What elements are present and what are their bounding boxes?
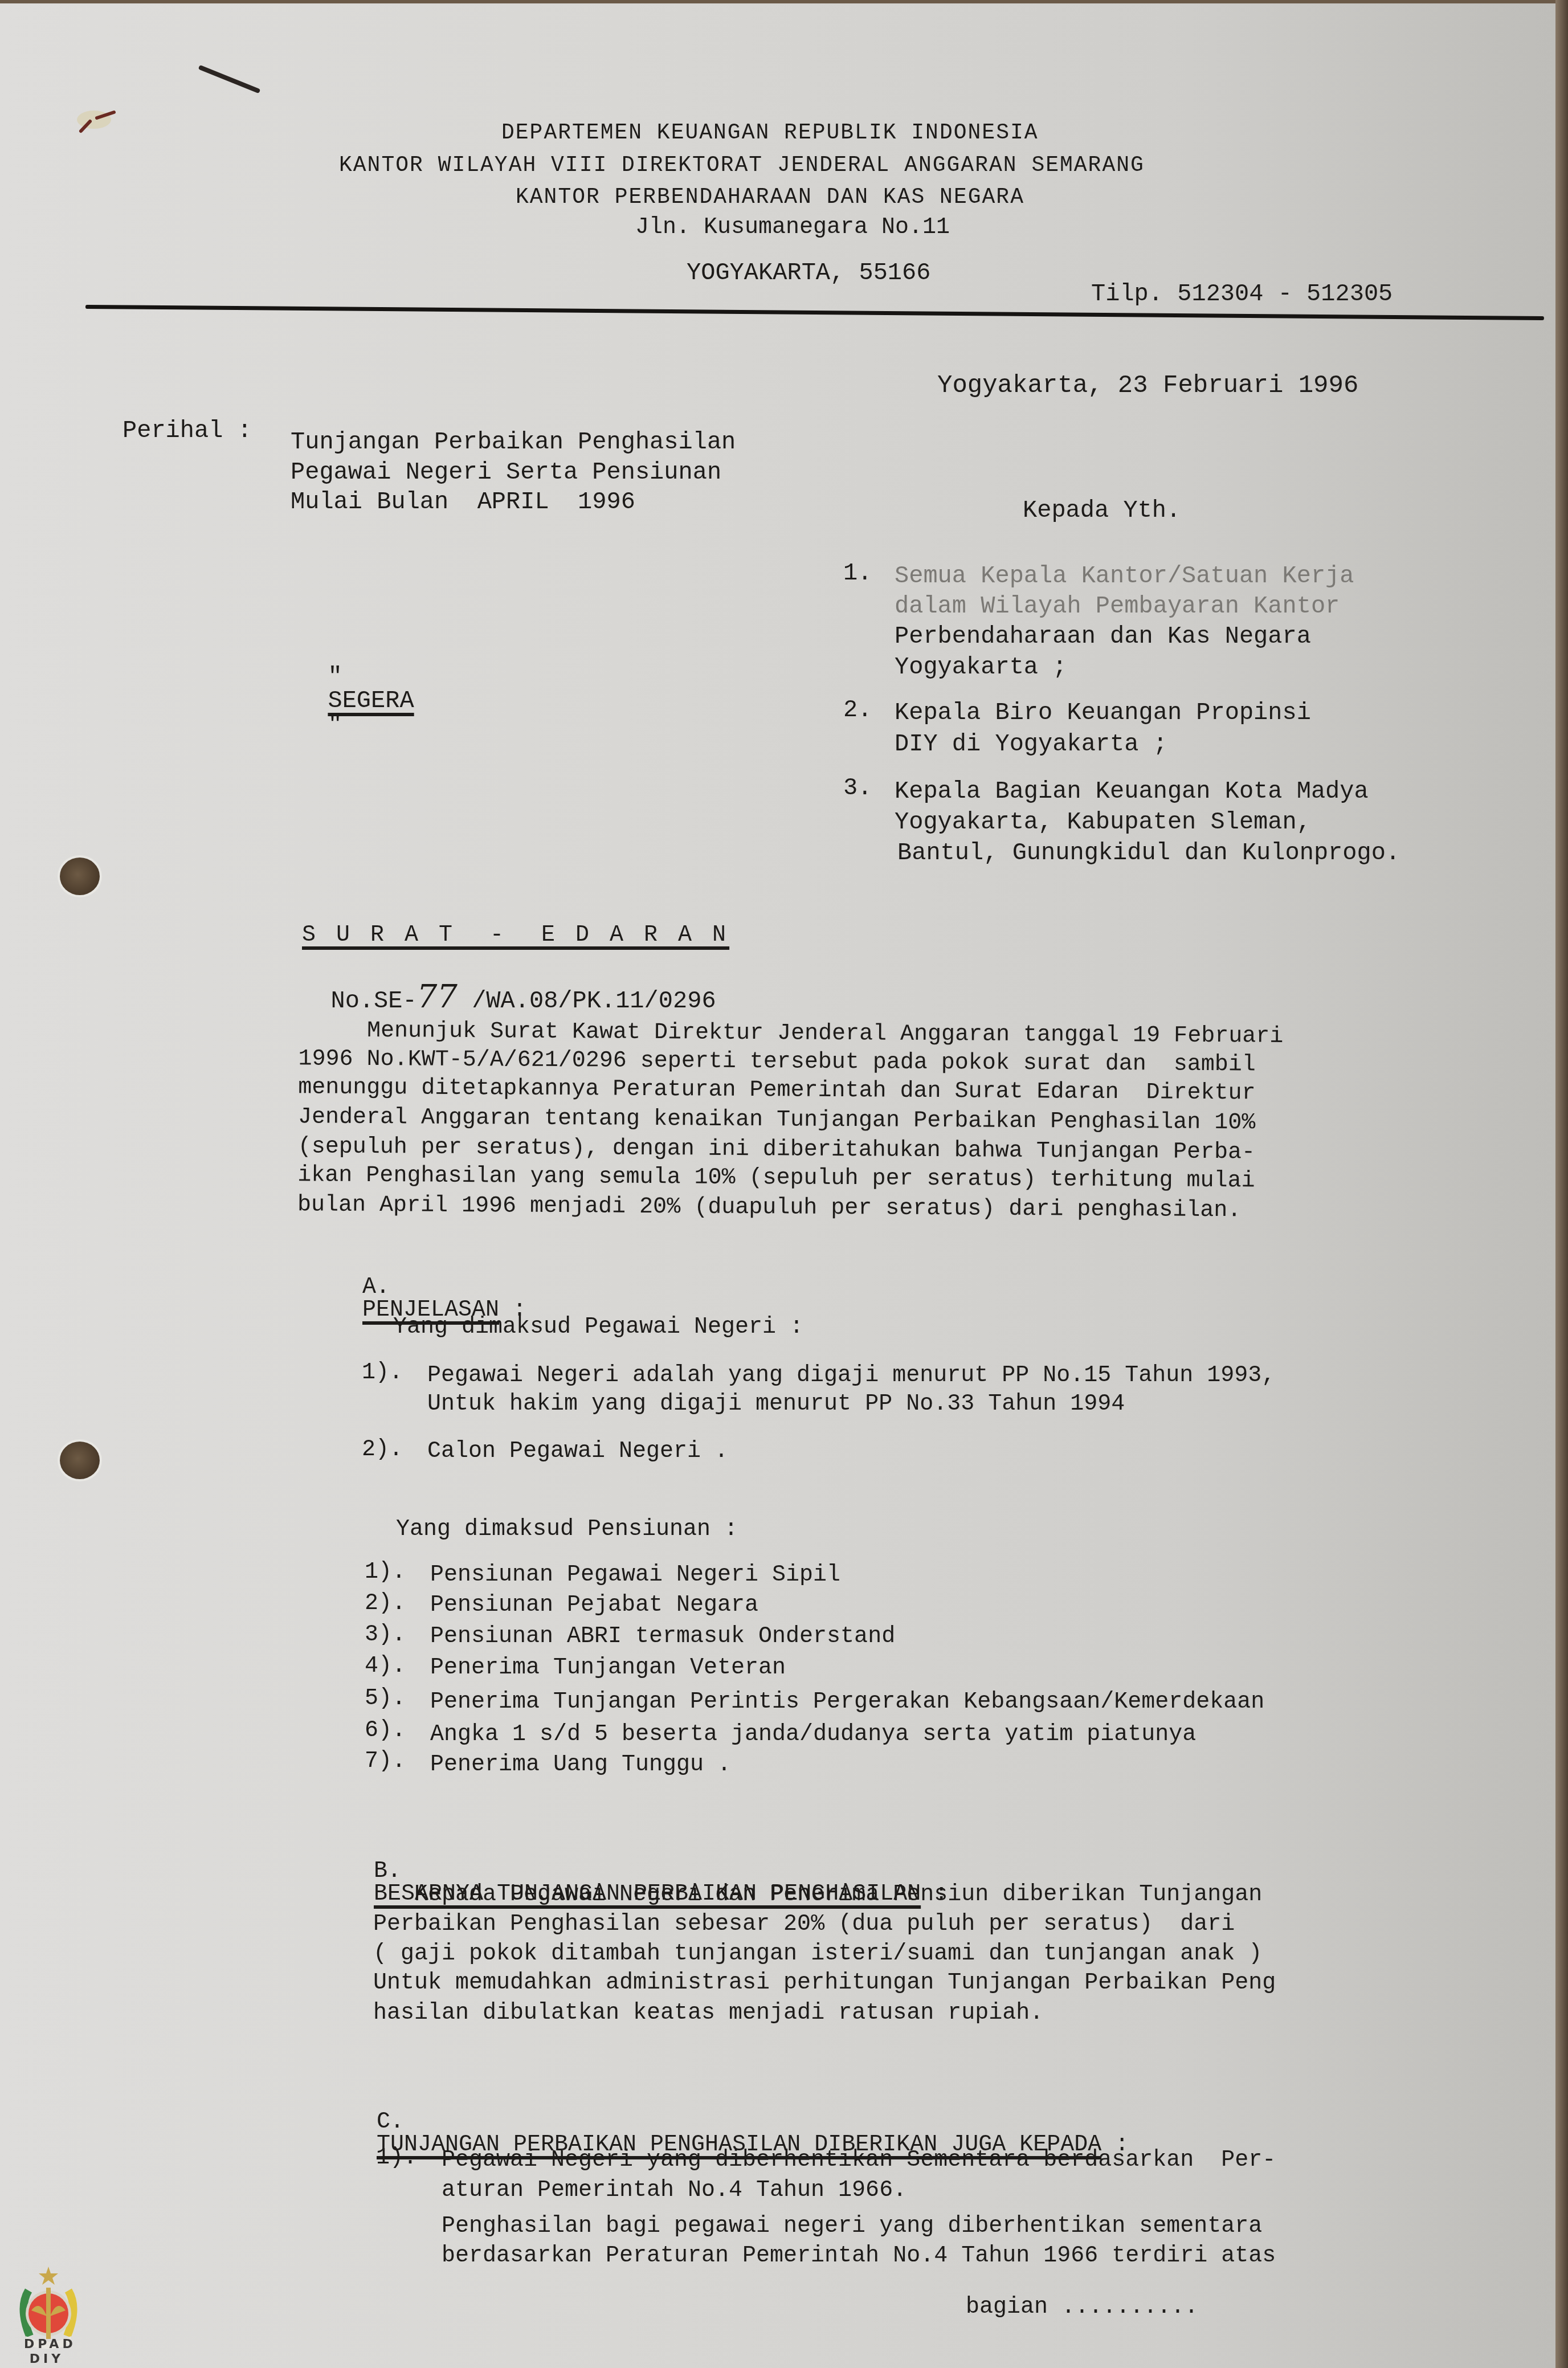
recipient-number: 2. xyxy=(843,698,872,722)
recipient-line: Yogyakarta, Kabupaten Sleman, xyxy=(895,810,1311,834)
list-number: 3). xyxy=(365,1624,406,1647)
paper-top-edge xyxy=(0,0,1568,3)
circular-title: S U R A T - E D A R A N xyxy=(302,924,729,947)
list-item: berdasarkan Peraturan Pemerintah No.4 Ta… xyxy=(442,2245,1276,2268)
recipient-line: Semua Kepala Kantor/Satuan Kerja xyxy=(895,564,1354,588)
list-item: Pegawai Negeri adalah yang digaji menuru… xyxy=(427,1365,1275,1387)
recipient-line: Kepala Bagian Keuangan Kota Madya xyxy=(895,779,1369,803)
list-item: Calon Pegawai Negeri . xyxy=(427,1440,728,1463)
stain-mark xyxy=(74,105,125,134)
section-letter: A. xyxy=(362,1275,390,1300)
list-item: Penerima Tunjangan Perintis Pergerakan K… xyxy=(430,1691,1264,1714)
recipient-line: Bantul, Gunungkidul dan Kulonprogo. xyxy=(897,841,1400,865)
list-number: 6). xyxy=(365,1720,406,1742)
letter-date: Yogyakarta, 23 Februari 1996 xyxy=(937,373,1358,398)
paragraph-line: hasilan dibulatkan keatas menjadi ratusa… xyxy=(373,1999,1043,2028)
pensiunan-heading: Yang dimaksud Pensiunan : xyxy=(396,1518,738,1541)
subject-line: Tunjangan Perbaikan Penghasilan xyxy=(291,430,736,454)
circular-number-suffix: /WA.08/PK.11/0296 xyxy=(458,987,716,1015)
list-number: 1). xyxy=(362,1362,403,1385)
watermark-line-1: DPAD xyxy=(24,2337,70,2351)
list-item: Pegawai Negeri yang diberhentikan Sement… xyxy=(442,2149,1276,2172)
letterhead-city: YOGYAKARTA, 55166 xyxy=(687,261,930,285)
quote-open: " xyxy=(328,663,342,691)
paragraph-line: bulan April 1996 menjadi 20% (duapuluh p… xyxy=(297,1190,1242,1226)
paragraph-line: Kepada Pegawai Negeri dan Penerima Pensi… xyxy=(373,1880,1262,1910)
recipient-line: DIY di Yogyakarta ; xyxy=(895,732,1167,756)
recipients-heading: Kepada Yth. xyxy=(1023,499,1181,522)
paragraph-line: ( gaji pokok ditambah tunjangan isteri/s… xyxy=(373,1940,1262,1969)
recipient-line: Kepala Biro Keuangan Propinsi xyxy=(895,701,1311,725)
subject-line: Mulai Bulan APRIL 1996 xyxy=(291,490,635,514)
list-item: Pensiunan ABRI termasuk Onderstand xyxy=(430,1626,895,1648)
letterhead-line-1: DEPARTEMEN KEUANGAN REPUBLIK INDONESIA xyxy=(501,123,1039,144)
list-number: 5). xyxy=(365,1688,406,1710)
section-letter: C. xyxy=(377,2109,404,2135)
list-item: Angka 1 s/d 5 beserta janda/dudanya sert… xyxy=(430,1724,1196,1746)
paragraph-line: Untuk memudahkan administrasi perhitunga… xyxy=(373,1969,1276,1998)
list-item: Penerima Uang Tunggu . xyxy=(430,1754,731,1777)
list-item: Pensiunan Pegawai Negeri Sipil xyxy=(430,1564,840,1587)
list-number: 1). xyxy=(365,1561,406,1584)
circular-number-handwritten: 77 xyxy=(417,978,458,1015)
punch-hole xyxy=(60,1442,100,1479)
letterhead-line-2: KANTOR WILAYAH VIII DIREKTORAT JENDERAL … xyxy=(339,155,1145,177)
list-item: Pensiunan Pejabat Negara xyxy=(430,1594,758,1617)
list-number: 7). xyxy=(365,1750,406,1773)
letterhead-line-3: KANTOR PERBENDAHARAAN DAN KAS NEGARA xyxy=(516,187,1024,209)
list-item: aturan Pemerintah No.4 Tahun 1966. xyxy=(442,2179,906,2202)
quote-close: " xyxy=(328,711,342,738)
circular-number: No.SE-77 /WA.08/PK.11/0296 xyxy=(302,957,716,1013)
recipient-line: Perbendaharaan dan Kas Negara xyxy=(895,624,1311,648)
watermark-line-2: DIY xyxy=(24,2352,70,2366)
list-item: Penghasilan bagi pegawai negeri yang dib… xyxy=(442,2215,1262,2238)
list-number: 4). xyxy=(365,1655,406,1678)
subject-label: Perihal : xyxy=(122,419,252,443)
continuation-note: bagian .......... xyxy=(966,2296,1198,2319)
list-item: Penerima Tunjangan Veteran xyxy=(430,1657,786,1680)
list-item: Untuk hakim yang digaji menurut PP No.33… xyxy=(427,1393,1125,1416)
subject-line: Pegawai Negeri Serta Pensiunan xyxy=(291,460,721,484)
recipient-line: Yogyakarta ; xyxy=(895,655,1067,679)
paragraph-line: Perbaikan Penghasilan sebesar 20% (dua p… xyxy=(373,1910,1235,1940)
urgency-text: SEGERA xyxy=(328,687,414,715)
punch-hole xyxy=(60,858,100,895)
recipient-number: 3. xyxy=(843,776,872,800)
circular-number-prefix: No.SE- xyxy=(330,987,416,1015)
letterhead-address: Jln. Kusumanegara No.11 xyxy=(635,217,950,239)
recipient-number: 1. xyxy=(843,561,872,585)
pegawai-heading: Yang dimaksud Pegawai Negeri : xyxy=(393,1316,803,1339)
list-number: 1). xyxy=(376,2147,417,2170)
list-number: 2). xyxy=(365,1593,406,1615)
urgency-label: " SEGERA " xyxy=(299,641,414,737)
recipient-line: dalam Wilayah Pembayaran Kantor xyxy=(895,594,1340,618)
letterhead-phone: Tilp. 512304 - 512305 xyxy=(1091,282,1393,306)
paper-right-edge xyxy=(1555,0,1568,2368)
list-number: 2). xyxy=(362,1439,403,1461)
